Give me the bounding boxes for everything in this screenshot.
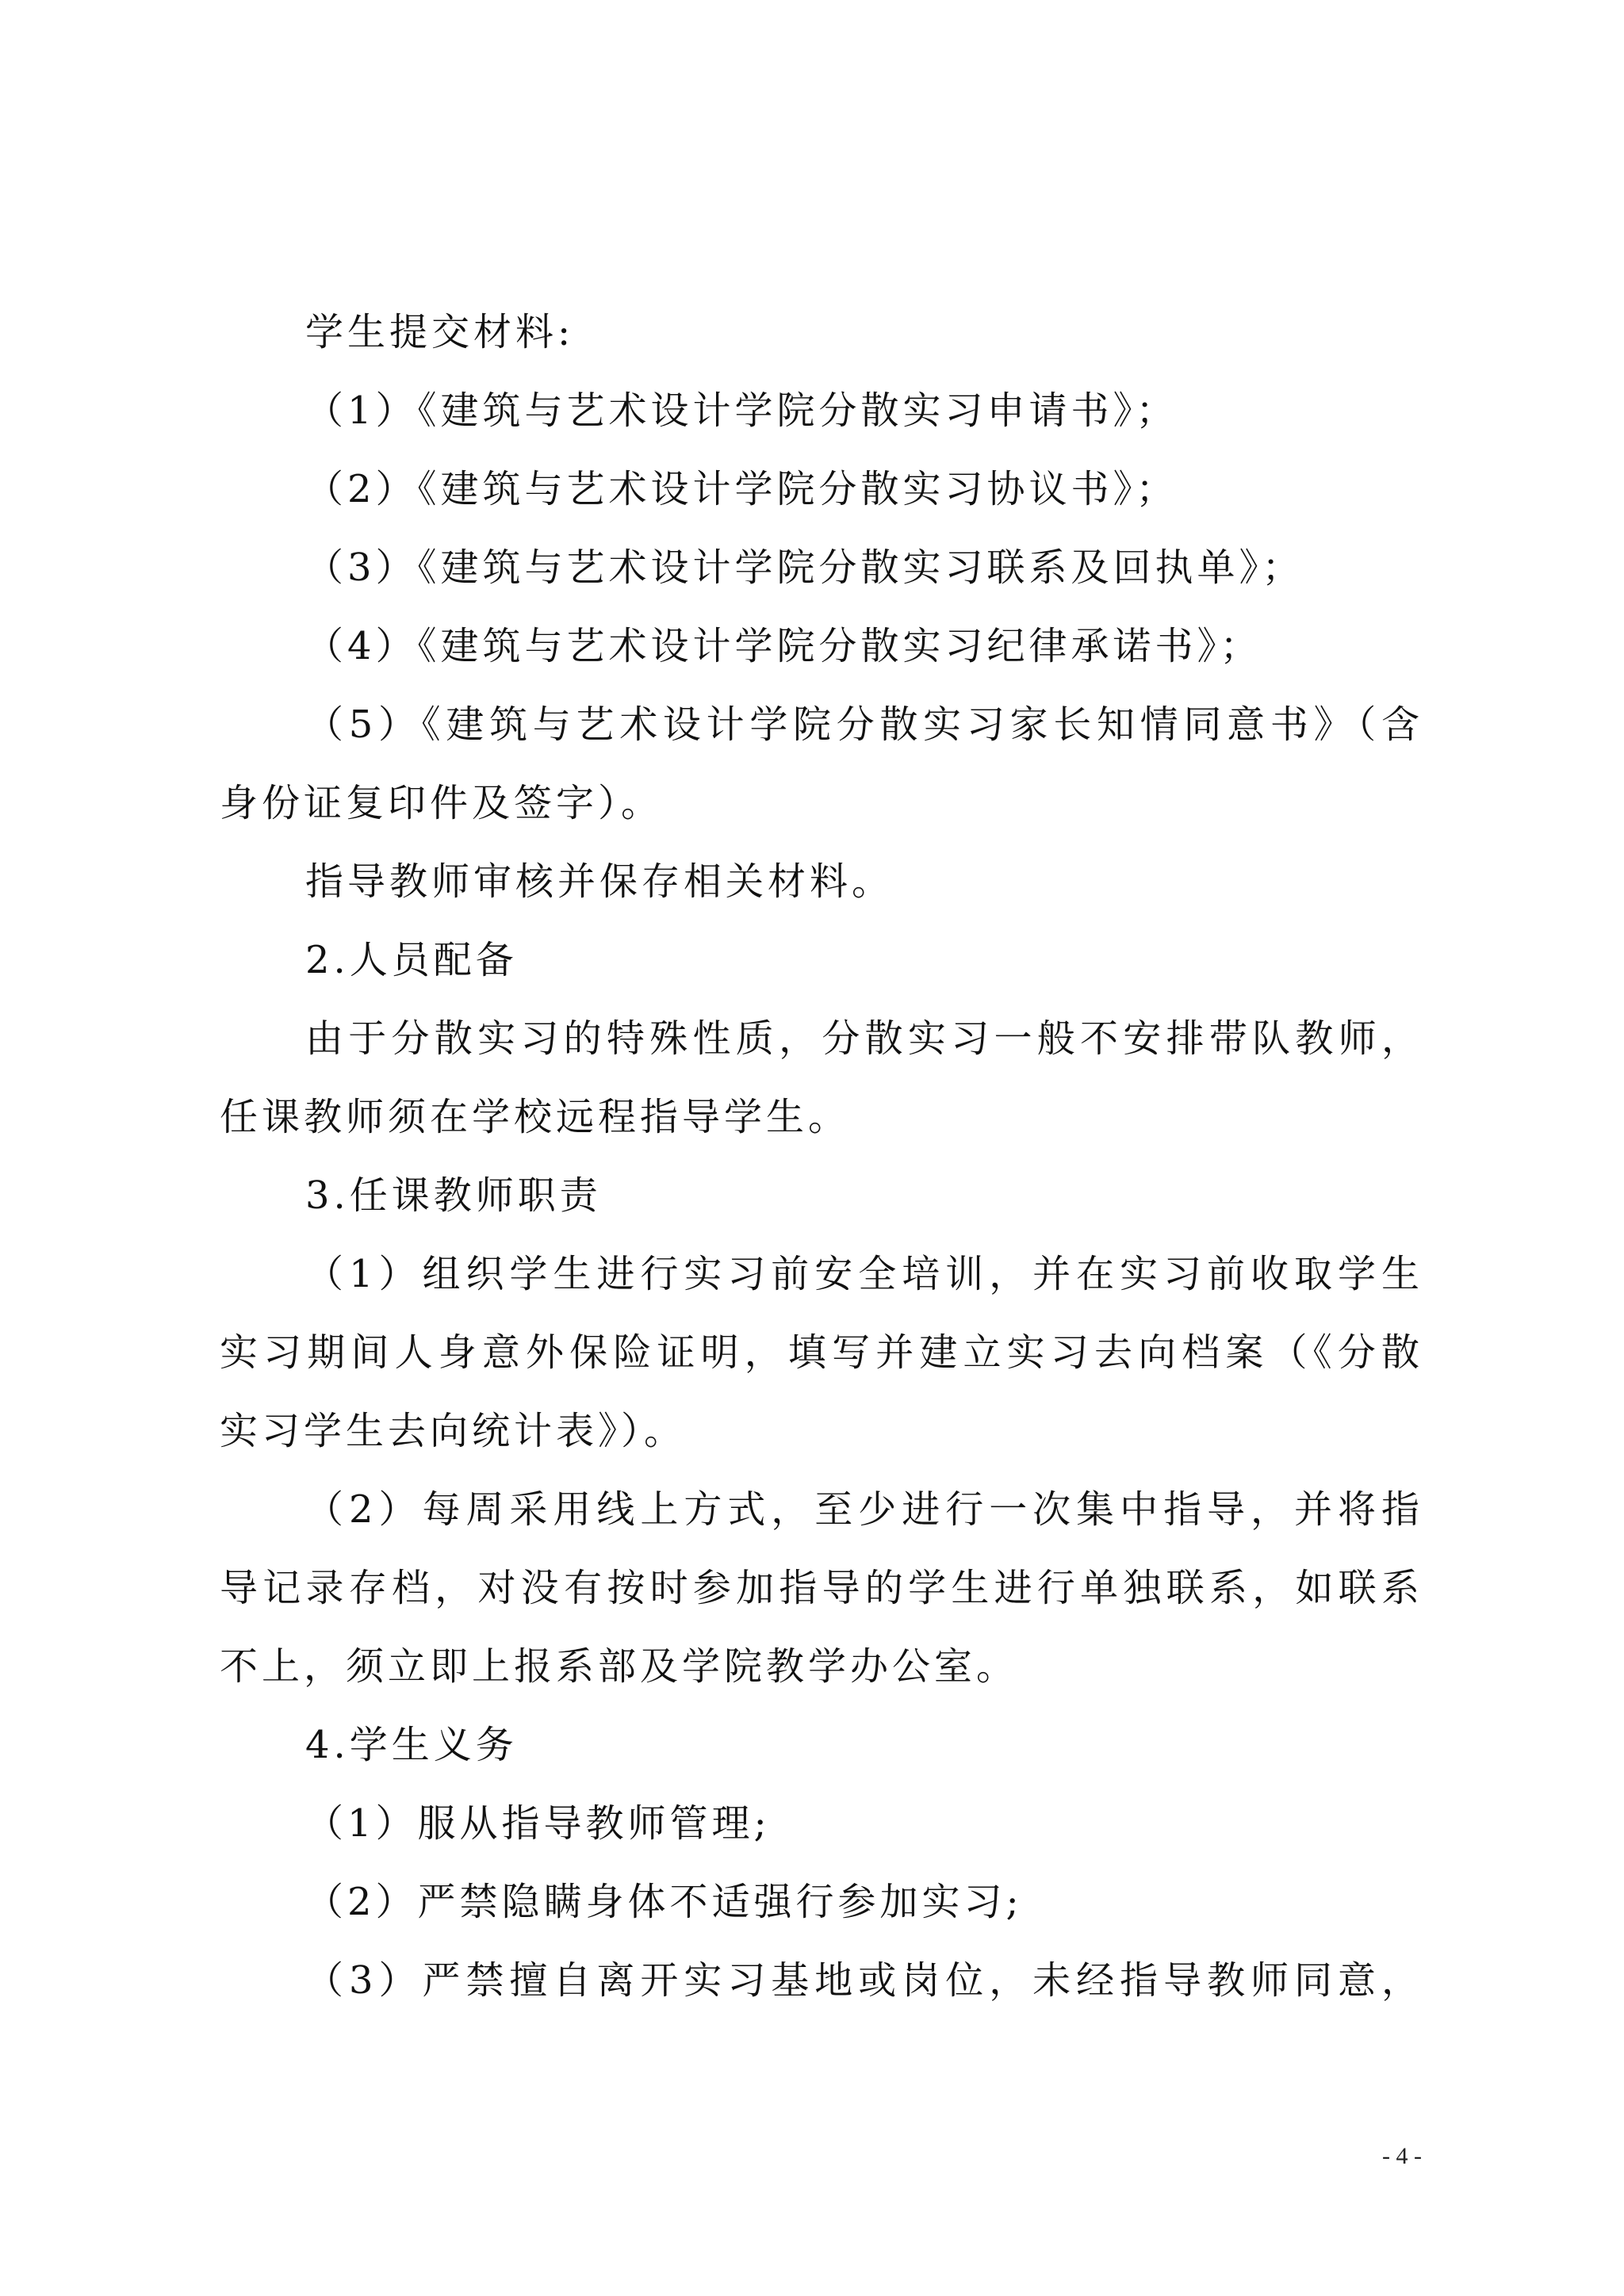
student-obligations-heading: 4.学生义务 (220, 1706, 1419, 1785)
staffing-paragraph: 由于分散实习的特殊性质，分散实习一般不安排带队教师， (220, 1000, 1419, 1078)
student-obligation-1: （1）服从指导教师管理; (220, 1785, 1419, 1863)
page-number: - 4 - (1370, 2141, 1434, 2172)
material-item-3: （3）《建筑与艺术设计学院分散实习联系及回执单》； (220, 529, 1419, 607)
material-item-2: （2）《建筑与艺术设计学院分散实习协议书》； (220, 450, 1419, 529)
teacher-duty-1-end: 实习学生去向统计表》）。 (220, 1392, 1419, 1471)
teacher-duties-heading: 3.任课教师职责 (220, 1157, 1419, 1235)
teacher-duty-2: （2）每周采用线上方式，至少进行一次集中指导，并将指 (220, 1471, 1419, 1549)
teacher-duty-2-continued: 导记录存档，对没有按时参加指导的学生进行单独联系，如联系 (220, 1549, 1419, 1628)
material-item-4: （4）《建筑与艺术设计学院分散实习纪律承诺书》； (220, 607, 1419, 686)
teacher-duty-1-continued: 实习期间人身意外保险证明，填写并建立实习去向档案（《分散 (220, 1314, 1419, 1392)
student-obligation-3: （3）严禁擅自离开实习基地或岗位，未经指导教师同意， (220, 1942, 1419, 2020)
teacher-duty-1: （1）组织学生进行实习前安全培训，并在实习前收取学生 (220, 1235, 1419, 1314)
document-page: 学生提交材料: （1）《建筑与艺术设计学院分散实习申请书》； （2）《建筑与艺术… (0, 0, 1624, 2296)
material-item-1: （1）《建筑与艺术设计学院分散实习申请书》； (220, 372, 1419, 450)
material-item-5: （5）《建筑与艺术设计学院分散实习家长知情同意书》（含 (220, 686, 1419, 764)
document-body: 学生提交材料: （1）《建筑与艺术设计学院分散实习申请书》； （2）《建筑与艺术… (220, 293, 1419, 2020)
material-item-5-continued: 身份证复印件及签字）。 (220, 764, 1419, 843)
materials-heading: 学生提交材料: (220, 293, 1419, 372)
review-note: 指导教师审核并保存相关材料。 (220, 843, 1419, 921)
teacher-duty-2-end: 不上，须立即上报系部及学院教学办公室。 (220, 1628, 1419, 1706)
staffing-paragraph-continued: 任课教师须在学校远程指导学生。 (220, 1078, 1419, 1157)
staffing-heading: 2.人员配备 (220, 921, 1419, 1000)
student-obligation-2: （2）严禁隐瞒身体不适强行参加实习; (220, 1863, 1419, 1942)
